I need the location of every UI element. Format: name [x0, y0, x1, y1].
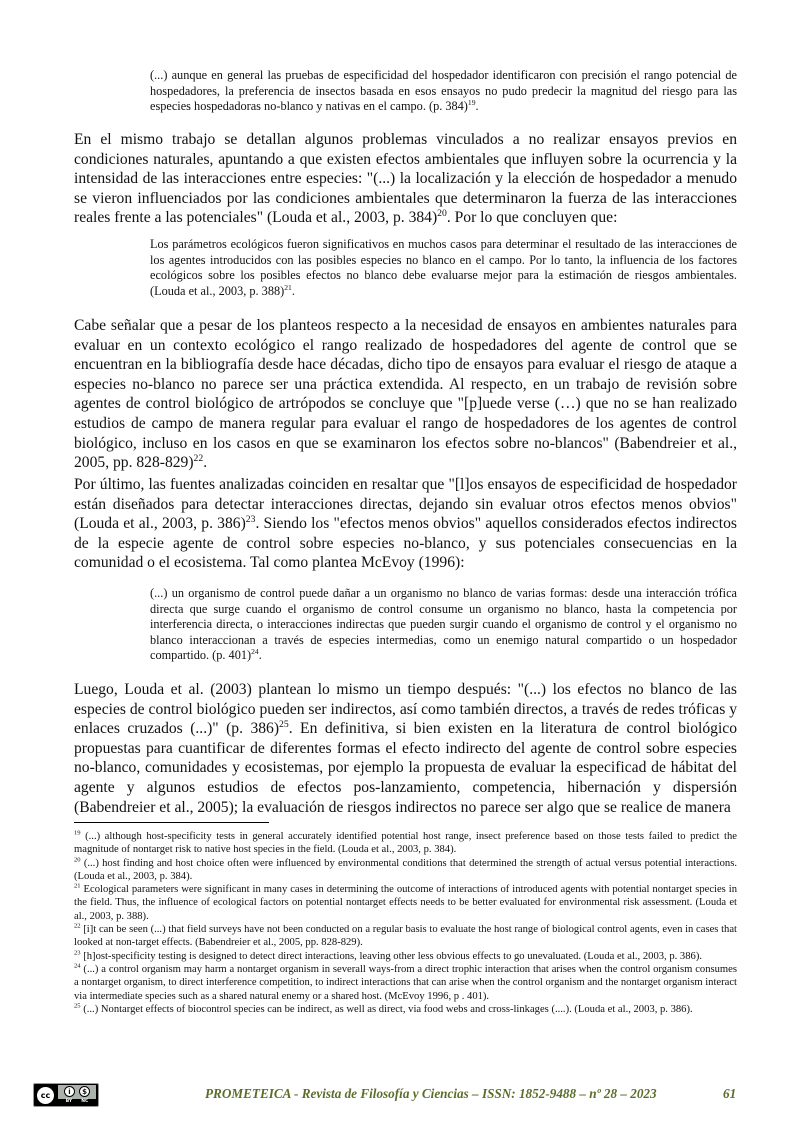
footnote-text: (...) Nontarget effects of biocontrol sp… — [83, 1004, 692, 1015]
cc-icon: cc — [36, 1086, 55, 1105]
footnote-21: 21 Ecological parameters were significan… — [74, 883, 737, 923]
quote-end: . — [259, 648, 262, 662]
by-label: BY — [66, 1099, 72, 1105]
footnote-22: 22 [i]t can be seen (...) that field sur… — [74, 923, 737, 950]
footnote-ref-20[interactable]: 20 — [437, 208, 447, 219]
paragraph-1: En el mismo trabajo se detallan algunos … — [74, 130, 737, 228]
footnote-number: 24 — [74, 962, 81, 969]
footnote-ref-19[interactable]: 19 — [468, 98, 476, 107]
footnote-ref-22[interactable]: 22 — [194, 453, 204, 464]
footnote-text: (...) although host-specificity tests in… — [74, 831, 737, 855]
block-quote-24: (...) un organismo de control puede daña… — [150, 586, 737, 664]
footnote-text: (...) host finding and host choice often… — [74, 858, 737, 882]
journal-footer: PROMETEICA - Revista de Filosofía y Cien… — [205, 1086, 657, 1102]
footnote-number: 21 — [74, 883, 81, 890]
page-number: 61 — [723, 1086, 736, 1102]
block-quote-21: Los parámetros ecológicos fueron signifi… — [150, 237, 737, 299]
quote-end: . — [292, 284, 295, 298]
footnote-25: 25 (...) Nontarget effects of biocontrol… — [74, 1003, 737, 1016]
footnote-20: 20 (...) host finding and host choice of… — [74, 857, 737, 884]
block-quote-19: (...) aunque en general las pruebas de e… — [150, 68, 737, 115]
paragraph-text: Cabe señalar que a pesar de los planteos… — [74, 317, 737, 471]
license-terms: i $ BY NC — [58, 1085, 96, 1105]
footnote-ref-23[interactable]: 23 — [246, 514, 256, 525]
footnote-number: 23 — [74, 949, 81, 956]
footnote-23: 23 [h]ost-specificity testing is designe… — [74, 950, 737, 963]
footnote-24: 24 (...) a control organism may harm a n… — [74, 963, 737, 1003]
nc-label: NC — [81, 1099, 88, 1105]
footnote-number: 19 — [74, 829, 81, 836]
quote-text: (...) un organismo de control puede daña… — [150, 586, 737, 662]
paragraph-3: Por último, las fuentes analizadas coinc… — [74, 475, 737, 573]
paragraph-end: . Por lo que concluyen que: — [447, 209, 618, 226]
paragraph-2: Cabe señalar que a pesar de los planteos… — [74, 316, 737, 473]
quote-end: . — [476, 99, 479, 113]
footnote-number: 25 — [74, 1002, 81, 1009]
footnote-ref-25[interactable]: 25 — [279, 719, 289, 730]
footnote-number: 22 — [74, 923, 81, 930]
footnotes: 19 (...) although host-specificity tests… — [74, 830, 737, 1016]
creative-commons-license-badge[interactable]: cc i $ BY NC — [33, 1083, 99, 1107]
footnote-separator — [74, 822, 269, 823]
paragraph-text: En el mismo trabajo se detallan algunos … — [74, 131, 737, 226]
footnote-text: (...) a control organism may harm a nont… — [74, 964, 737, 1002]
paragraph-end: . — [203, 454, 207, 471]
footnote-19: 19 (...) although host-specificity tests… — [74, 830, 737, 857]
footnote-text: [h]ost-specificity testing is designed t… — [83, 951, 702, 962]
paragraph-4: Luego, Louda et al. (2003) plantean lo m… — [74, 680, 737, 817]
attribution-icon: i — [64, 1086, 75, 1097]
footnote-ref-24[interactable]: 24 — [251, 647, 259, 656]
footnote-ref-21[interactable]: 21 — [284, 283, 292, 292]
quote-text: (...) aunque en general las pruebas de e… — [150, 68, 737, 113]
noncommercial-icon: $ — [79, 1086, 90, 1097]
footnote-number: 20 — [74, 856, 81, 863]
quote-text: Los parámetros ecológicos fueron signifi… — [150, 237, 737, 298]
footnote-text: Ecological parameters were significant i… — [74, 884, 737, 922]
footnote-text: [i]t can be seen (...) that field survey… — [74, 924, 737, 948]
